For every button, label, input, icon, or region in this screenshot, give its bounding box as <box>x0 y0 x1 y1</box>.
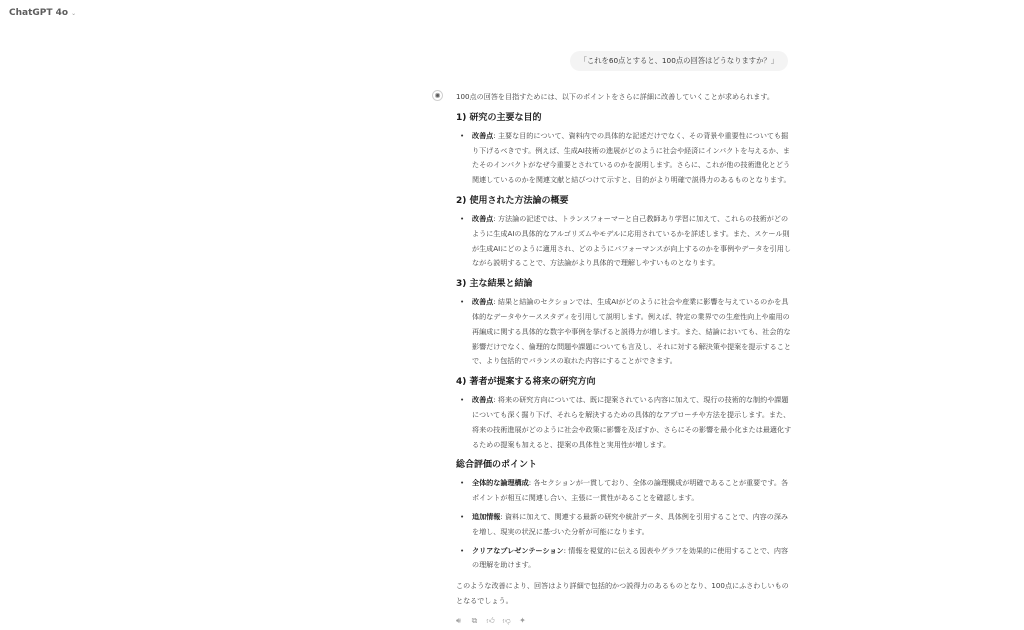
item-text: : 方法論の記述では、トランスフォーマーと自己教師あり学習に加えて、これらの技術… <box>472 214 791 267</box>
regenerate-icon[interactable]: ✦ <box>518 616 527 626</box>
bullet-list: 改善点: 結果と結論のセクションでは、生成AIがどのように社会や産業に影響を与え… <box>460 295 792 369</box>
item-text: : 結果と結論のセクションでは、生成AIがどのように社会や産業に影響を与えている… <box>472 297 791 365</box>
bullet-list: 改善点: 主要な目的について、資料内での具体的な記述だけでなく、その背景や重要性… <box>460 129 792 188</box>
user-message: 「これを60点とすると、100点の回答はどうなりますか？」 <box>570 51 788 71</box>
model-selector[interactable]: ChatGPT 4o ⌄ <box>9 8 76 18</box>
message-actions: 🔊︎ ⧉ 👍︎ 👎︎ ✦ <box>454 616 527 626</box>
model-name: ChatGPT 4o <box>9 8 68 18</box>
section-heading: 2) 使用された方法論の概要 <box>456 194 792 208</box>
top-bar: ChatGPT 4o ⌄ <box>0 0 1024 26</box>
section-heading: 3) 主な結果と結論 <box>456 277 792 291</box>
item-label: 全体的な論理構成 <box>472 478 529 487</box>
read-aloud-icon[interactable]: 🔊︎ <box>454 616 463 626</box>
item-label: クリアなプレゼンテーション <box>472 546 564 555</box>
section-heading: 総合評価のポイント <box>456 458 792 472</box>
bullet-list: 改善点: 方法論の記述では、トランスフォーマーと自己教師あり学習に加えて、これら… <box>460 212 792 271</box>
list-item: 改善点: 方法論の記述では、トランスフォーマーと自己教師あり学習に加えて、これら… <box>460 212 792 271</box>
closing-text: このような改善により、回答はより詳細で包括的かつ説得力のあるものとなり、100点… <box>456 579 792 609</box>
intro-text: 100点の回答を目指すためには、以下のポイントをさらに詳細に改善していくことが求… <box>456 90 792 105</box>
item-label: 追加情報 <box>472 512 500 521</box>
chevron-down-icon: ⌄ <box>71 10 76 17</box>
list-item: 改善点: 将来の研究方向については、既に提案されている内容に加えて、現行の技術的… <box>460 393 792 452</box>
item-label: 改善点 <box>472 395 493 404</box>
item-text: : 将来の研究方向については、既に提案されている内容に加えて、現行の技術的な制約… <box>472 395 791 448</box>
item-label: 改善点 <box>472 131 493 140</box>
bullet-list: 全体的な論理構成: 各セクションが一貫しており、全体の論理構成が明確であることが… <box>460 476 792 573</box>
item-text: : 資料に加えて、関連する最新の研究や統計データ、具体例を引用することで、内容の… <box>472 512 788 536</box>
list-item: 改善点: 結果と結論のセクションでは、生成AIがどのように社会や産業に影響を与え… <box>460 295 792 369</box>
item-text: : 主要な目的について、資料内での具体的な記述だけでなく、その背景や重要性につい… <box>472 131 791 184</box>
item-label: 改善点 <box>472 297 493 306</box>
thumbs-down-icon[interactable]: 👎︎ <box>502 616 511 626</box>
chatgpt-logo-icon: ✺ <box>432 90 443 101</box>
section-heading: 1) 研究の主要な目的 <box>456 111 792 125</box>
list-item: クリアなプレゼンテーション: 情報を視覚的に伝える図表やグラフを効果的に使用する… <box>460 544 792 574</box>
copy-icon[interactable]: ⧉ <box>470 616 479 626</box>
assistant-content: 100点の回答を目指すためには、以下のポイントをさらに詳細に改善していくことが求… <box>456 90 792 609</box>
list-item: 改善点: 主要な目的について、資料内での具体的な記述だけでなく、その背景や重要性… <box>460 129 792 188</box>
section-heading: 4) 著者が提案する将来の研究方向 <box>456 375 792 389</box>
thumbs-up-icon[interactable]: 👍︎ <box>486 616 495 626</box>
list-item: 全体的な論理構成: 各セクションが一貫しており、全体の論理構成が明確であることが… <box>460 476 792 506</box>
bullet-list: 改善点: 将来の研究方向については、既に提案されている内容に加えて、現行の技術的… <box>460 393 792 452</box>
list-item: 追加情報: 資料に加えて、関連する最新の研究や統計データ、具体例を引用することで… <box>460 510 792 540</box>
item-label: 改善点 <box>472 214 493 223</box>
